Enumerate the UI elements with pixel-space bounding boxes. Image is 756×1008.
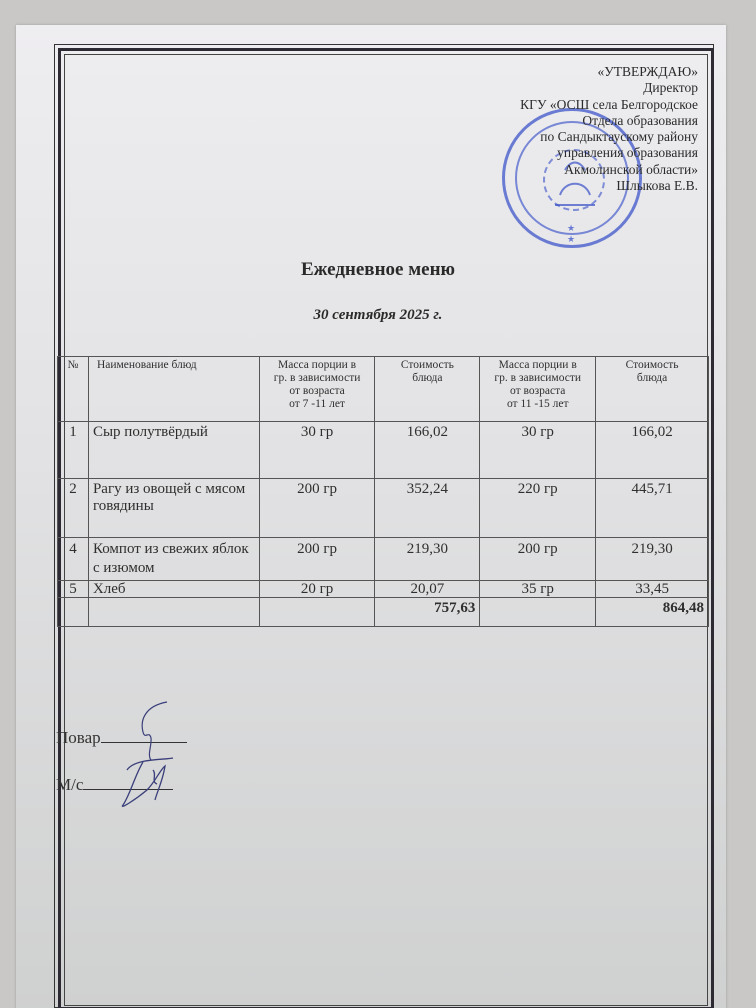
header-price-7-11: Стоимостьблюда: [375, 357, 480, 422]
approval-line: Директор: [520, 80, 698, 96]
header-name: Наименование блюд: [88, 357, 259, 422]
table-header-row: № Наименование блюд Масса порции вгр. в …: [58, 357, 709, 422]
header-price-11-15: Стоимостьблюда: [596, 357, 709, 422]
menu-table: № Наименование блюд Масса порции вгр. в …: [57, 356, 709, 627]
approval-line: управления образования: [520, 145, 698, 161]
stamp-stars: ★★: [505, 223, 639, 245]
header-mass-7-11: Масса порции вгр. в зависимостиот возрас…: [259, 357, 375, 422]
approval-block: «УТВЕРЖДАЮ» Директор КГУ «ОСШ села Белго…: [520, 64, 698, 194]
approval-line: «УТВЕРЖДАЮ»: [520, 64, 698, 80]
table-row: 2 Рагу из овощей с мясом говядины 200 гр…: [58, 479, 709, 538]
cook-label: Повар: [56, 728, 101, 747]
document-date: 30 сентября 2025 г.: [0, 307, 756, 324]
handwritten-signature-icon: [105, 700, 185, 820]
table-row: 1 Сыр полутвёрдый 30 гр 166,02 30 гр 166…: [58, 422, 709, 479]
total-7-11: 757,63: [375, 598, 480, 627]
table-row: 5 Хлеб 20 гр 20,07 35 гр 33,45: [58, 581, 709, 598]
approval-line: Шлыкова Е.В.: [520, 178, 698, 194]
table-total-row: 757,63 864,48: [58, 598, 709, 627]
approval-line: Акмолинской области»: [520, 162, 698, 178]
header-num: №: [58, 357, 89, 422]
total-11-15: 864,48: [596, 598, 709, 627]
nurse-label: М/с: [56, 775, 83, 794]
document-title: Ежедневное меню: [0, 259, 756, 281]
approval-line: КГУ «ОСШ села Белгородское: [520, 97, 698, 113]
approval-line: Отдела образования: [520, 113, 698, 129]
header-mass-11-15: Масса порции вгр. в зависимостиот возрас…: [480, 357, 596, 422]
table-row: 4 Компот из свежих яблок с изюмом 200 гр…: [58, 538, 709, 581]
approval-line: по Сандыктаускому району: [520, 129, 698, 145]
